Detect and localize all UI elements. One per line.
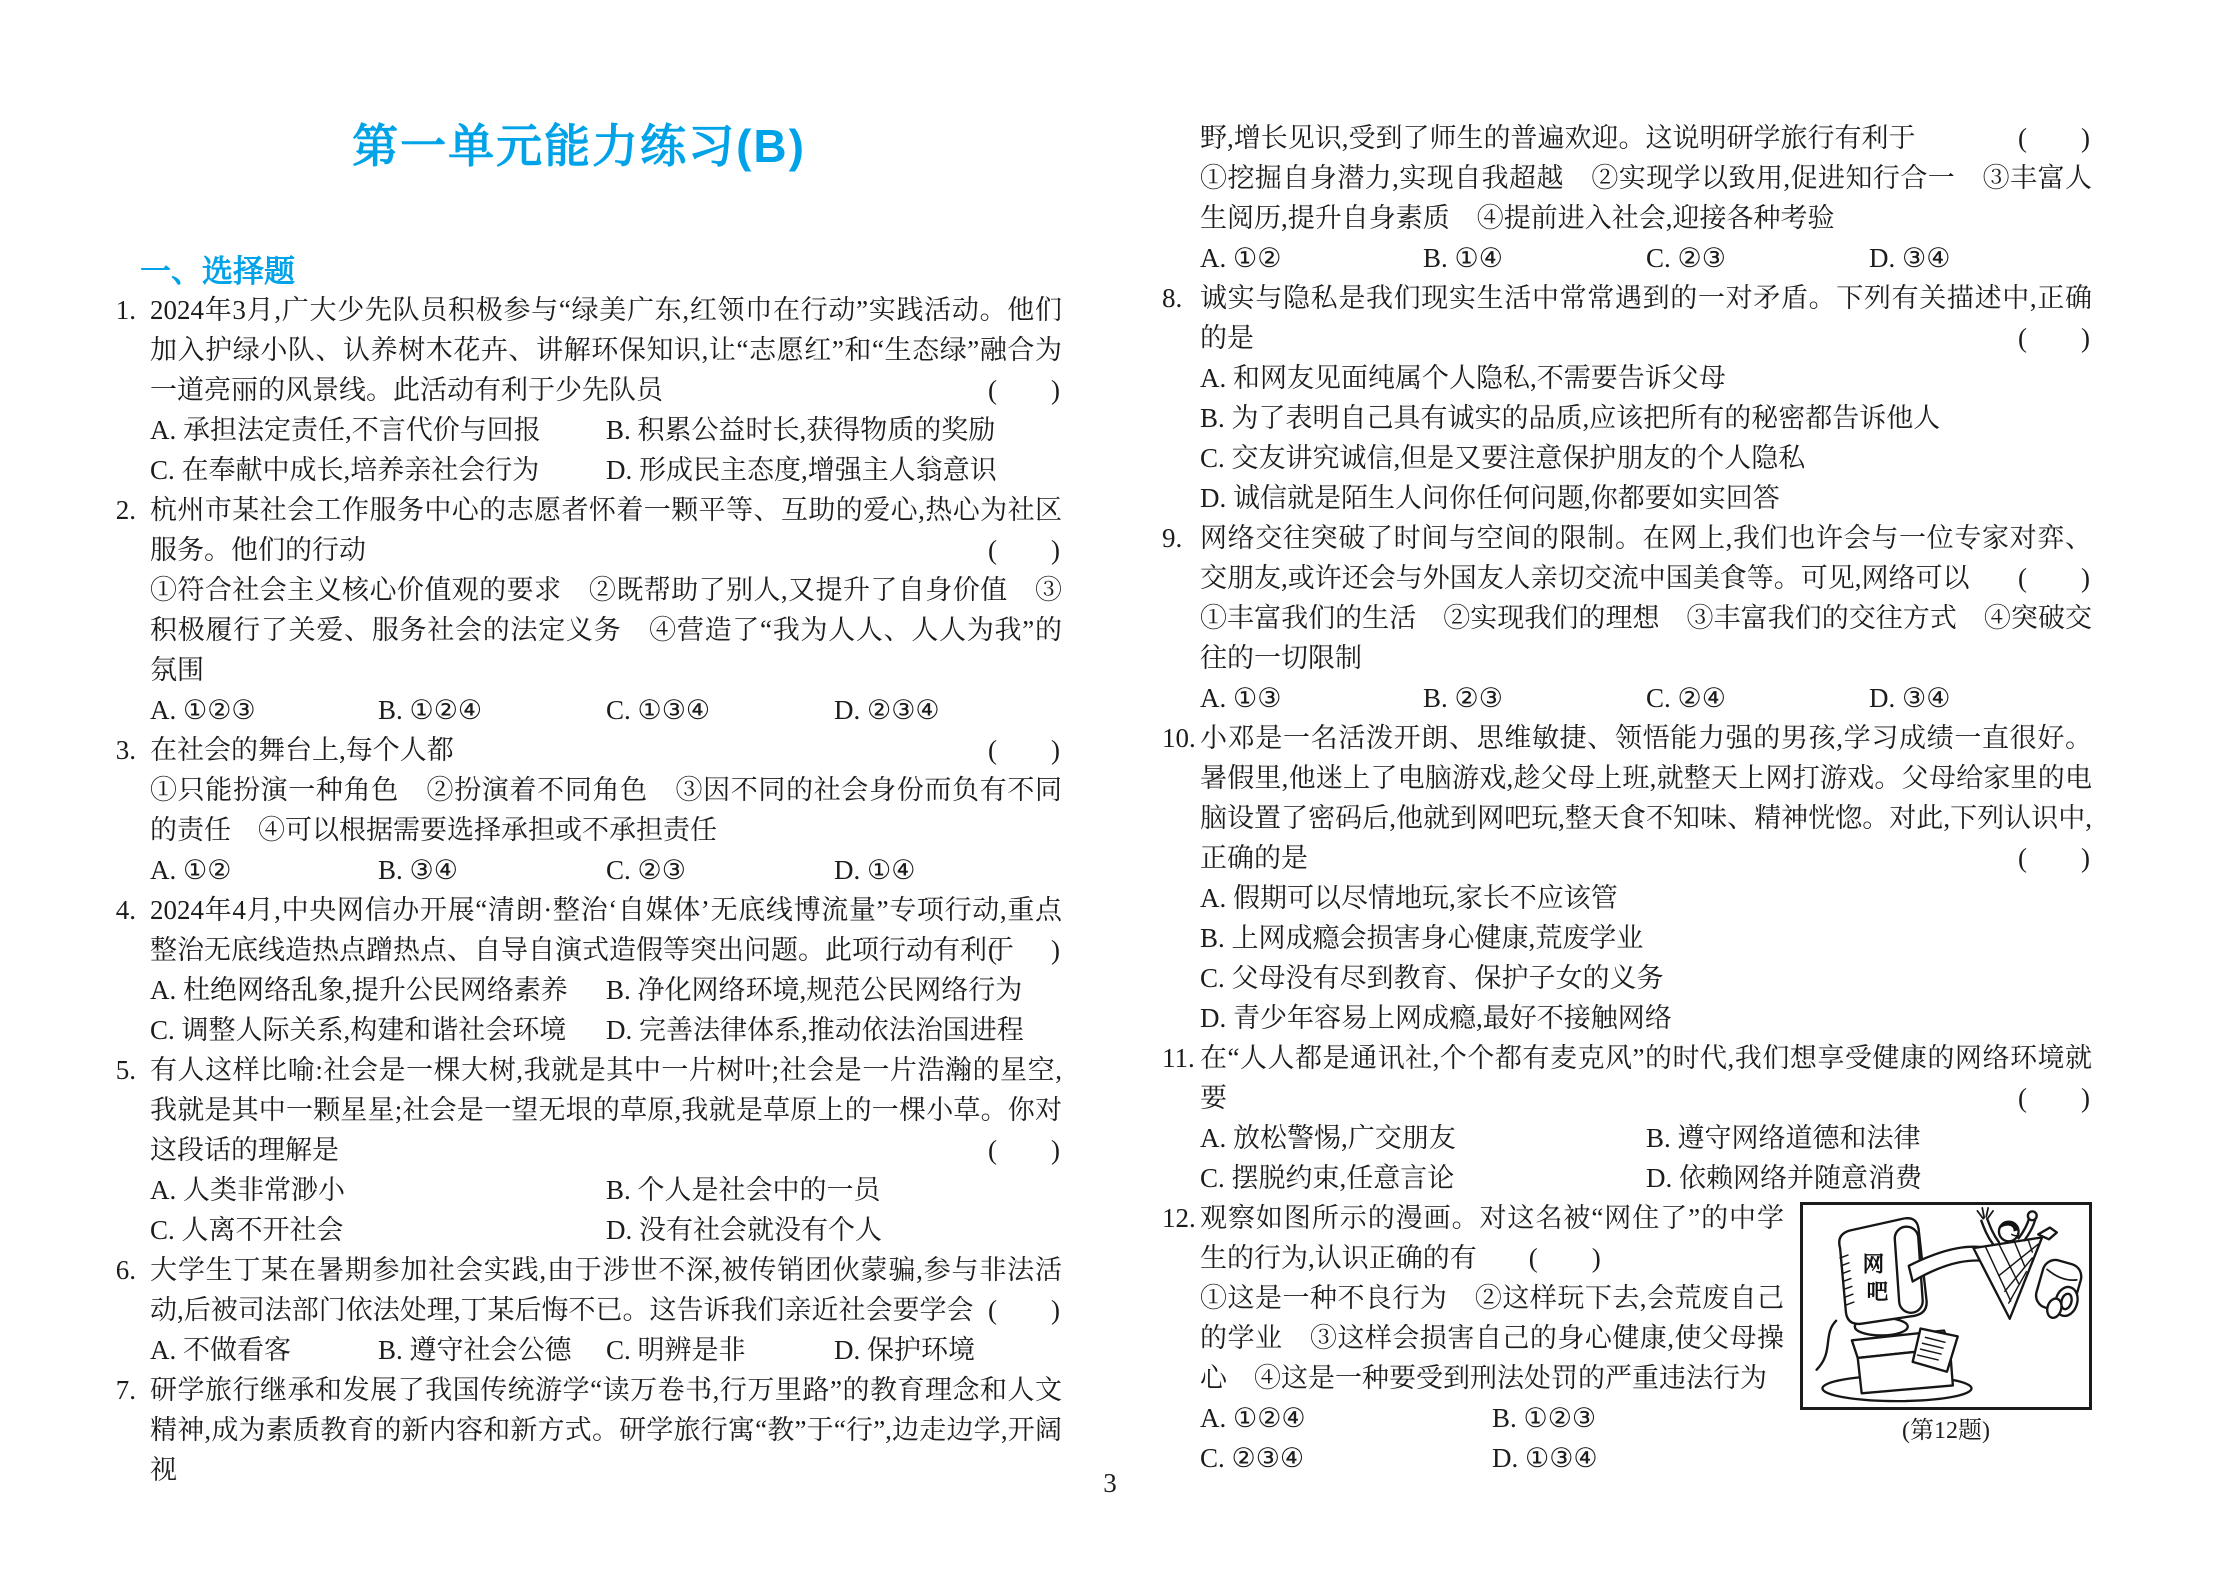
option: B. ③④ <box>378 850 606 890</box>
question-number: 3. <box>96 730 136 770</box>
option: B. ①②③ <box>1492 1398 1784 1438</box>
question-subitems: ①挖掘自身潜力,实现自我超越 ②实现学以致用,促进知行合一 ③丰富人生阅历,提升… <box>1200 158 2092 238</box>
option: A. ①② <box>150 850 378 890</box>
answer-bracket: ( ) <box>988 730 1060 770</box>
question-stem: 杭州市某社会工作服务中心的志愿者怀着一颗平等、互助的爱心,热心为社区服务。他们的… <box>150 490 1062 570</box>
answer-bracket: ( ) <box>988 530 1060 570</box>
page-number: 3 <box>0 1468 2220 1499</box>
question-stem: 诚实与隐私是我们现实生活中常常遇到的一对矛盾。下列有关描述中,正确的是( ) <box>1200 278 2092 358</box>
question: 12. <box>1162 1198 2092 1478</box>
question-number: 1. <box>96 290 136 330</box>
page-title: 第一单元能力练习(B) <box>96 110 1062 176</box>
option: B. 积累公益时长,获得物质的奖励 <box>606 410 1062 450</box>
question-subitems: ①丰富我们的生活 ②实现我们的理想 ③丰富我们的交往方式 ④突破交往的一切限制 <box>1200 598 2092 678</box>
answer-bracket: ( ) <box>2018 1078 2090 1118</box>
option: B. ②③ <box>1423 678 1646 718</box>
question: 6.大学生丁某在暑期参加社会实践,由于涉世不深,被传销团伙蒙骗,参与非法活动,后… <box>96 1250 1062 1370</box>
question-stem: 小邓是一名活泼开朗、思维敏捷、领悟能力强的男孩,学习成绩一直很好。暑假里,他迷上… <box>1200 718 2092 878</box>
question-number: 4. <box>96 890 136 930</box>
question-subitems: ①符合社会主义核心价值观的要求 ②既帮助了别人,又提升了自身价值 ③积极履行了关… <box>150 570 1062 690</box>
option: C. ②④ <box>1646 678 1869 718</box>
question-stem: 有人这样比喻:社会是一棵大树,我就是其中一片树叶;社会是一片浩瀚的星空,我就是其… <box>150 1050 1062 1170</box>
option: C. 父母没有尽到教育、保护子女的义务 <box>1200 958 2092 998</box>
option: C. ②③ <box>606 850 834 890</box>
option: A. ①② <box>1200 238 1423 278</box>
question: 8.诚实与隐私是我们现实生活中常常遇到的一对矛盾。下列有关描述中,正确的是( )… <box>1162 278 2092 518</box>
question-stem: 2024年3月,广大少先队员积极参与“绿美广东,红领巾在行动”实践活动。他们加入… <box>150 290 1062 410</box>
options-row: C. 人离不开社会D. 没有社会就没有个人 <box>150 1210 1062 1250</box>
option: A. 杜绝网络乱象,提升公民网络素养 <box>150 970 606 1010</box>
question-number: 11. <box>1162 1038 1196 1078</box>
question: 10.小邓是一名活泼开朗、思维敏捷、领悟能力强的男孩,学习成绩一直很好。暑假里,… <box>1162 718 2092 1038</box>
question-subitems: ①只能扮演一种角色 ②扮演着不同角色 ③因不同的社会身份而负有不同的责任 ④可以… <box>150 770 1062 850</box>
options-row: A. 承担法定责任,不言代价与回报B. 积累公益时长,获得物质的奖励 <box>150 410 1062 450</box>
options-row: C. 摆脱约束,任意言论D. 依赖网络并随意消费 <box>1200 1158 2092 1198</box>
option: A. 承担法定责任,不言代价与回报 <box>150 410 606 450</box>
option: B. ①②④ <box>378 690 606 730</box>
option: D. 完善法律体系,推动依法治国进程 <box>606 1010 1062 1050</box>
options-row: C. 在奉献中成长,培养亲社会行为D. 形成民主态度,增强主人翁意识 <box>150 450 1062 490</box>
question-stem: 网络交往突破了时间与空间的限制。在网上,我们也许会与一位专家对弈、交朋友,或许还… <box>1200 518 2092 598</box>
option: D. 诚信就是陌生人问你任何问题,你都要如实回答 <box>1200 478 2092 518</box>
option: A. ①③ <box>1200 678 1423 718</box>
question-stem: 野,增长见识,受到了师生的普遍欢迎。这说明研学旅行有利于( ) <box>1200 118 2092 158</box>
options-row: A. ①②③B. ①②④C. ①③④D. ②③④ <box>150 690 1062 730</box>
options-row: A. ①③B. ②③C. ②④D. ③④ <box>1200 678 2092 718</box>
option: B. 个人是社会中的一员 <box>606 1170 1062 1210</box>
internet-cafe-sign-top: 网 <box>1863 1252 1885 1277</box>
answer-bracket: ( ) <box>2018 318 2090 358</box>
option: A. 人类非常渺小 <box>150 1170 606 1210</box>
question: 野,增长见识,受到了师生的普遍欢迎。这说明研学旅行有利于( )①挖掘自身潜力,实… <box>1162 118 2092 278</box>
answer-bracket: ( ) <box>988 930 1060 970</box>
options-row: A. ①②B. ①④C. ②③D. ③④ <box>1200 238 2092 278</box>
answer-bracket: ( ) <box>988 1130 1060 1170</box>
question: 11.在“人人都是通讯社,个个都有麦克风”的时代,我们想享受健康的网络环境就要(… <box>1162 1038 2092 1198</box>
worksheet-page: 第一单元能力练习(B) 一、选择题 1.2024年3月,广大少先队员积极参与“绿… <box>0 0 2220 1571</box>
figure-caption: (第12题) <box>1800 1416 2092 1446</box>
question: 3.在社会的舞台上,每个人都( )①只能扮演一种角色 ②扮演着不同角色 ③因不同… <box>96 730 1062 890</box>
option: A. ①②③ <box>150 690 378 730</box>
answer-bracket: ( ) <box>1529 1243 1601 1273</box>
question-number: 12. <box>1162 1198 1196 1238</box>
question: 5.有人这样比喻:社会是一棵大树,我就是其中一片树叶;社会是一片浩瀚的星空,我就… <box>96 1050 1062 1250</box>
question-number: 2. <box>96 490 136 530</box>
section-header: 一、选择题 <box>140 246 295 291</box>
option: C. 明辨是非 <box>606 1330 834 1370</box>
right-column: 野,增长见识,受到了师生的普遍欢迎。这说明研学旅行有利于( )①挖掘自身潜力,实… <box>1162 118 2092 1478</box>
question-number: 8. <box>1162 278 1196 318</box>
option: A. 假期可以尽情地玩,家长不应该管 <box>1200 878 2092 918</box>
option: C. 在奉献中成长,培养亲社会行为 <box>150 450 606 490</box>
left-column: 1.2024年3月,广大少先队员积极参与“绿美广东,红领巾在行动”实践活动。他们… <box>96 290 1062 1490</box>
option: D. 没有社会就没有个人 <box>606 1210 1062 1250</box>
option: A. 不做看客 <box>150 1330 378 1370</box>
option: D. ③④ <box>1869 678 2092 718</box>
answer-bracket: ( ) <box>2018 118 2090 158</box>
question-stem: 网 吧 <box>1200 1198 2092 1278</box>
option: C. 调整人际关系,构建和谐社会环境 <box>150 1010 606 1050</box>
question: 2.杭州市某社会工作服务中心的志愿者怀着一颗平等、互助的爱心,热心为社区服务。他… <box>96 490 1062 730</box>
question-number: 5. <box>96 1050 136 1090</box>
question-number: 6. <box>96 1250 136 1290</box>
option: B. 为了表明自己具有诚实的品质,应该把所有的秘密都告诉他人 <box>1200 398 2092 438</box>
option: D. 青少年容易上网成瘾,最好不接触网络 <box>1200 998 2092 1038</box>
options-row: A. 人类非常渺小B. 个人是社会中的一员 <box>150 1170 1062 1210</box>
open-hand <box>1977 1208 1993 1219</box>
option: A. 放松警惕,广交朋友 <box>1200 1118 1646 1158</box>
option: B. 上网成瘾会损害身心健康,荒废学业 <box>1200 918 2092 958</box>
option: B. ①④ <box>1423 238 1646 278</box>
option: C. ②③ <box>1646 238 1869 278</box>
question-stem: 2024年4月,中央网信办开展“清朗·整治‘自媒体’无底线博流量”专项行动,重点… <box>150 890 1062 970</box>
answer-bracket: ( ) <box>2018 558 2090 598</box>
question-number: 9. <box>1162 518 1196 558</box>
options-row: A. ①②B. ③④C. ②③D. ①④ <box>150 850 1062 890</box>
question-stem: 在“人人都是通讯社,个个都有麦克风”的时代,我们想享受健康的网络环境就要( ) <box>1200 1038 2092 1118</box>
option: B. 遵守社会公德 <box>378 1330 606 1370</box>
option: D. 依赖网络并随意消费 <box>1646 1158 2092 1198</box>
option: C. 摆脱约束,任意言论 <box>1200 1158 1646 1198</box>
options-row: A. 不做看客B. 遵守社会公德C. 明辨是非D. 保护环境 <box>150 1330 1062 1370</box>
option: C. 人离不开社会 <box>150 1210 606 1250</box>
question: 9.网络交往突破了时间与空间的限制。在网上,我们也许会与一位专家对弈、交朋友,或… <box>1162 518 2092 718</box>
trapped-student <box>1977 1208 2056 1244</box>
option: B. 遵守网络道德和法律 <box>1646 1118 2092 1158</box>
question-number: 7. <box>96 1370 136 1410</box>
option: D. ②③④ <box>834 690 1062 730</box>
question-number: 10. <box>1162 718 1196 758</box>
options-row: A. 杜绝网络乱象,提升公民网络素养B. 净化网络环境,规范公民网络行为 <box>150 970 1062 1010</box>
option: D. ①④ <box>834 850 1062 890</box>
option: D. 形成民主态度,增强主人翁意识 <box>606 450 1062 490</box>
option: A. 和网友见面纯属个人隐私,不需要告诉父母 <box>1200 358 2092 398</box>
question: 4.2024年4月,中央网信办开展“清朗·整治‘自媒体’无底线博流量”专项行动,… <box>96 890 1062 1050</box>
answer-bracket: ( ) <box>2018 838 2090 878</box>
question-stem: 大学生丁某在暑期参加社会实践,由于涉世不深,被传销团伙蒙骗,参与非法活动,后被司… <box>150 1250 1062 1330</box>
options-row: C. 调整人际关系,构建和谐社会环境D. 完善法律体系,推动依法治国进程 <box>150 1010 1062 1050</box>
options-row: A. 放松警惕,广交朋友B. 遵守网络道德和法律 <box>1200 1118 2092 1158</box>
options-row: A. ①②④B. ①②③ <box>1200 1398 1784 1438</box>
option: D. 保护环境 <box>834 1330 1062 1370</box>
option: C. ①③④ <box>606 690 834 730</box>
option: A. ①②④ <box>1200 1398 1492 1438</box>
question-subitems: ①这是一种不良行为 ②这样玩下去,会荒废自己的学业 ③这样会损害自己的身心健康,… <box>1200 1278 2092 1398</box>
option: D. ③④ <box>1869 238 2092 278</box>
option: B. 净化网络环境,规范公民网络行为 <box>606 970 1062 1010</box>
answer-bracket: ( ) <box>988 370 1060 410</box>
option: C. 交友讲究诚信,但是又要注意保护朋友的个人隐私 <box>1200 438 2092 478</box>
question-stem: 在社会的舞台上,每个人都( ) <box>150 730 1062 770</box>
answer-bracket: ( ) <box>988 1290 1060 1330</box>
question: 1.2024年3月,广大少先队员积极参与“绿美广东,红领巾在行动”实践活动。他们… <box>96 290 1062 490</box>
